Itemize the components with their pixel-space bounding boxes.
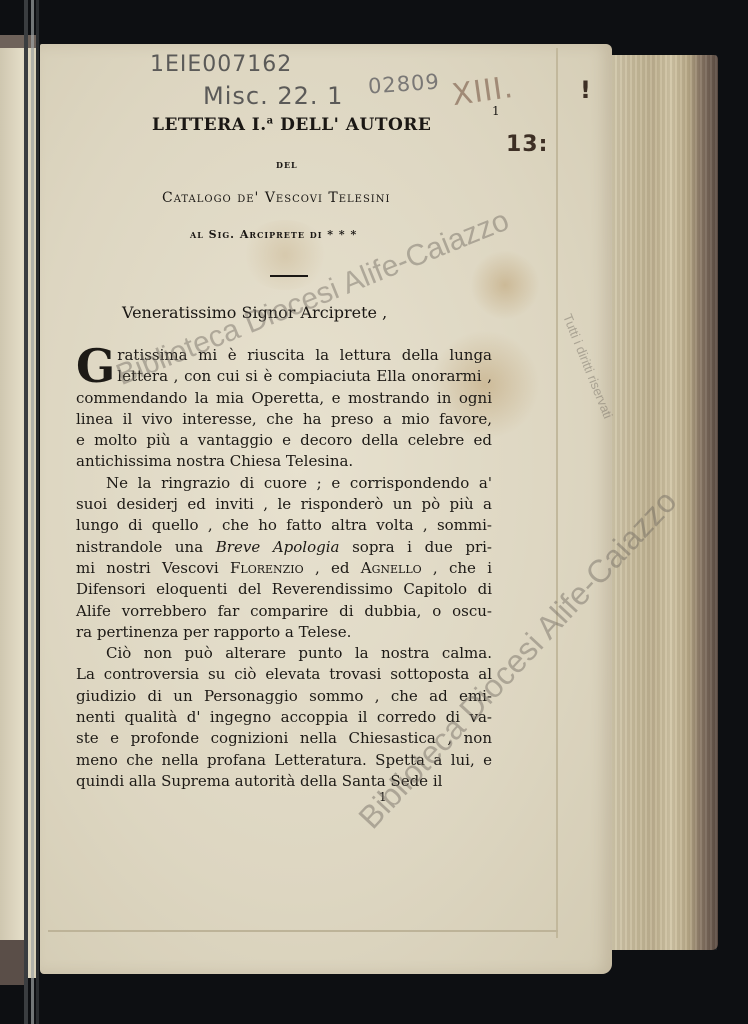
addressee: al Sig. Arciprete di * * * xyxy=(190,228,357,241)
letter-title: LETTERA I.a DELL' AUTORE xyxy=(152,115,442,135)
bishop-name: Florenzio xyxy=(230,559,304,577)
text-line: La controversia su ciò elevata trovasi s… xyxy=(76,664,492,685)
text-line: lungo di quello , che ho fatto altra vol… xyxy=(76,515,492,536)
page-inner-edge xyxy=(48,930,558,932)
bishop-name: Agnello xyxy=(361,559,422,577)
text-line: e molto più a vantaggio e decoro della c… xyxy=(76,430,492,451)
gutter-shadow xyxy=(36,0,39,1024)
text-line: commendando la mia Operetta, e mostrando… xyxy=(76,388,492,409)
drop-cap: G xyxy=(76,345,115,385)
text-line: Difensori eloquenti del Reverendissimo C… xyxy=(76,579,492,600)
italic-title: Breve Apologia xyxy=(216,538,340,556)
title-suffix: DELL' AUTORE xyxy=(274,115,432,135)
text-line: ra pertinenza per rapporto a Telese. xyxy=(76,622,492,643)
text-line: suoi desiderj ed inviti , le risponderò … xyxy=(76,494,492,515)
text-line: Ne la ringrazio di cuore ; e corrisponde… xyxy=(76,473,492,494)
title-prefix: LETTERA I. xyxy=(152,115,267,135)
text-line: linea il vivo interesse, che ha preso a … xyxy=(76,409,492,430)
page-fold-line xyxy=(556,48,558,938)
mark-right: ! xyxy=(580,76,592,104)
inventory-number: 1EIE007162 xyxy=(150,52,292,77)
gutter-shadow xyxy=(24,0,28,1024)
heading-del: DEL xyxy=(276,160,298,170)
item-number: 13: xyxy=(506,132,548,157)
text-line: nistrandole una Breve Apologia sopra i d… xyxy=(76,537,492,558)
text-line: giudizio di un Personaggio sommo , che a… xyxy=(76,686,492,707)
text-line: Alife vorrebbero far comparire di dubbia… xyxy=(76,601,492,622)
handwritten-number: 02809 xyxy=(367,70,440,99)
text-line: antichissima nostra Chiesa Telesina. xyxy=(76,451,492,472)
heading-rule xyxy=(270,275,308,277)
text-line: mi nostri Vescovi Florenzio , ed Agnello… xyxy=(76,558,492,579)
page-number: 1 xyxy=(492,104,500,118)
text-line: Ciò non può alterare punto la nostra cal… xyxy=(76,643,492,664)
title-superscript: a xyxy=(267,115,274,126)
foxing-stain xyxy=(470,250,540,320)
catalog-title: Catalogo de' Vescovi Telesini xyxy=(162,190,390,206)
shelfmark: Misc. 22. 1 xyxy=(203,82,343,110)
gutter-highlight xyxy=(31,0,34,1024)
